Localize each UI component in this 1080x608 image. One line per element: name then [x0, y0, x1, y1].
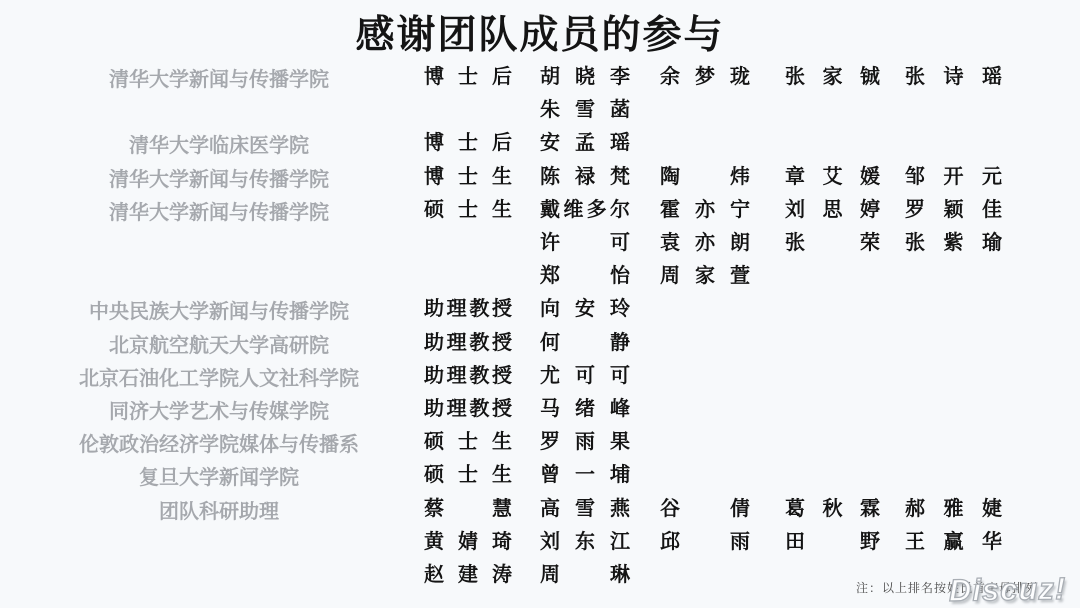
name-cell: 袁亦朗: [660, 233, 785, 254]
table-row: 清华大学新闻与传播学院博士后胡晓李余梦珑张家铖张诗瑶: [0, 61, 1080, 94]
name-cell: 邱雨: [660, 532, 785, 553]
table-row: 朱雪菡: [0, 94, 1080, 127]
name-cell: 安孟瑶: [540, 133, 660, 154]
name-cell: 章艾媛: [785, 167, 905, 188]
table-row: 郑怡周家萱: [0, 260, 1080, 293]
member-role: 博士生: [424, 167, 512, 187]
member-name: 谷倩: [660, 499, 750, 519]
role-cell: 博士后: [424, 67, 540, 88]
institution-cell: 同济大学艺术与传媒学院: [0, 395, 424, 424]
table-row: 同济大学艺术与传媒学院助理教授马绪峰: [0, 393, 1080, 426]
member-name: 王赢华: [905, 532, 1002, 552]
member-name: 高雪燕: [540, 499, 630, 519]
member-name: 何静: [540, 333, 630, 353]
discuz-watermark: Discuz!: [948, 571, 1066, 608]
role-cell: 硕士生: [424, 432, 540, 453]
institution-cell: 清华大学新闻与传播学院: [0, 163, 424, 192]
member-name: 郑怡: [540, 266, 630, 286]
name-cell: 陈禄梵: [540, 167, 660, 188]
member-name: 张家铖: [785, 67, 880, 87]
name-cell: 陶炜: [660, 167, 785, 188]
member-role: 助理教授: [424, 399, 512, 419]
member-name: 马绪峰: [540, 399, 630, 419]
member-name: 罗雨果: [540, 432, 630, 452]
acknowledgement-slide: 感谢团队成员的参与 清华大学新闻与传播学院博士后胡晓李余梦珑张家铖张诗瑶朱雪菡清…: [0, 0, 1080, 608]
member-name: 邹开元: [905, 167, 1002, 187]
institution-cell: 北京航空航天大学高研院: [0, 329, 424, 358]
name-cell: 向安玲: [540, 299, 660, 320]
name-cell: 谷倩: [660, 499, 785, 520]
member-role: 蔡慧: [424, 499, 512, 519]
name-cell: 张紫瑜: [905, 233, 1080, 254]
member-role: 硕士生: [424, 200, 512, 220]
institution-cell: 团队科研助理: [0, 495, 424, 524]
member-name: 安孟瑶: [540, 133, 630, 153]
name-cell: 马绪峰: [540, 399, 660, 420]
name-cell: 王赢华: [905, 532, 1080, 553]
table-row: 北京石油化工学院人文社科学院助理教授尤可可: [0, 360, 1080, 393]
member-name: 葛秋霖: [785, 499, 880, 519]
member-name: 朱雪菡: [540, 100, 630, 120]
name-cell: 张家铖: [785, 67, 905, 88]
name-cell: 高雪燕: [540, 499, 660, 520]
name-cell: 周家萱: [660, 266, 785, 287]
member-role: 硕士生: [424, 432, 512, 452]
member-name: 余梦珑: [660, 67, 750, 87]
table-row: 许可袁亦朗张荣张紫瑜: [0, 227, 1080, 260]
members-table: 清华大学新闻与传播学院博士后胡晓李余梦珑张家铖张诗瑶朱雪菡清华大学临床医学院博士…: [0, 61, 1080, 592]
name-cell: 罗雨果: [540, 432, 660, 453]
institution-cell: 清华大学新闻与传播学院: [0, 63, 424, 92]
role-cell: 博士后: [424, 133, 540, 154]
table-row: 清华大学临床医学院博士后安孟瑶: [0, 127, 1080, 160]
member-name: 霍亦宁: [660, 200, 750, 220]
member-name: 胡晓李: [540, 67, 630, 87]
member-name: 邱雨: [660, 532, 750, 552]
name-cell: 刘思婷: [785, 200, 905, 221]
member-name: 陶炜: [660, 167, 750, 187]
institution-cell: 复旦大学新闻学院: [0, 461, 424, 490]
role-cell: 助理教授: [424, 366, 540, 387]
name-cell: 霍亦宁: [660, 200, 785, 221]
table-row: 复旦大学新闻学院硕士生曾一埔: [0, 459, 1080, 492]
member-name: 田野: [785, 532, 880, 552]
table-row: 清华大学新闻与传播学院硕士生戴维多尔霍亦宁刘思婷罗颖佳: [0, 194, 1080, 227]
member-role: 助理教授: [424, 333, 512, 353]
name-cell: 胡晓李: [540, 67, 660, 88]
member-role: 博士后: [424, 67, 512, 87]
role-cell: 硕士生: [424, 465, 540, 486]
name-cell: 何静: [540, 333, 660, 354]
member-name: 许可: [540, 233, 630, 253]
role-cell: 黄婧琦: [424, 532, 540, 553]
name-cell: 余梦珑: [660, 67, 785, 88]
role-cell: 硕士生: [424, 200, 540, 221]
member-name: 曾一埔: [540, 465, 630, 485]
member-role: 赵建涛: [424, 565, 512, 585]
institution-cell: 伦敦政治经济学院媒体与传播系: [0, 428, 424, 457]
table-row: 团队科研助理蔡慧高雪燕谷倩葛秋霖郝雅婕: [0, 492, 1080, 525]
name-cell: 田野: [785, 532, 905, 553]
name-cell: 邹开元: [905, 167, 1080, 188]
member-role: 助理教授: [424, 366, 512, 386]
table-row: 伦敦政治经济学院媒体与传播系硕士生罗雨果: [0, 426, 1080, 459]
member-name: 张荣: [785, 233, 880, 253]
name-cell: 朱雪菡: [540, 100, 660, 121]
institution-cell: 清华大学临床医学院: [0, 129, 424, 158]
table-row: 黄婧琦刘东江邱雨田野王赢华: [0, 526, 1080, 559]
name-cell: 郝雅婕: [905, 499, 1080, 520]
member-name: 张紫瑜: [905, 233, 1002, 253]
institution-cell: 北京石油化工学院人文社科学院: [0, 362, 424, 391]
member-name: 罗颖佳: [905, 200, 1002, 220]
name-cell: 葛秋霖: [785, 499, 905, 520]
name-cell: 许可: [540, 233, 660, 254]
role-cell: 助理教授: [424, 333, 540, 354]
member-name: 刘东江: [540, 532, 630, 552]
role-cell: 助理教授: [424, 299, 540, 320]
member-name: 张诗瑶: [905, 67, 1002, 87]
member-name: 戴维多尔: [540, 200, 630, 220]
institution-cell: 中央民族大学新闻与传播学院: [0, 295, 424, 324]
member-role: 助理教授: [424, 299, 512, 319]
role-cell: 蔡慧: [424, 499, 540, 520]
name-cell: 张荣: [785, 233, 905, 254]
name-cell: 刘东江: [540, 532, 660, 553]
name-cell: 曾一埔: [540, 465, 660, 486]
name-cell: 张诗瑶: [905, 67, 1080, 88]
member-name: 郝雅婕: [905, 499, 1002, 519]
table-row: 北京航空航天大学高研院助理教授何静: [0, 327, 1080, 360]
table-row: 清华大学新闻与传播学院博士生陈禄梵陶炜章艾媛邹开元: [0, 161, 1080, 194]
member-name: 袁亦朗: [660, 233, 750, 253]
name-cell: 周琳: [540, 565, 660, 586]
member-name: 刘思婷: [785, 200, 880, 220]
member-name: 周家萱: [660, 266, 750, 286]
member-name: 陈禄梵: [540, 167, 630, 187]
member-name: 向安玲: [540, 299, 630, 319]
member-role: 黄婧琦: [424, 532, 512, 552]
name-cell: 戴维多尔: [540, 200, 660, 221]
role-cell: 助理教授: [424, 399, 540, 420]
role-cell: 博士生: [424, 167, 540, 188]
name-cell: 尤可可: [540, 366, 660, 387]
member-name: 周琳: [540, 565, 630, 585]
member-role: 博士后: [424, 133, 512, 153]
table-row: 中央民族大学新闻与传播学院助理教授向安玲: [0, 293, 1080, 326]
name-cell: 罗颖佳: [905, 200, 1080, 221]
role-cell: 赵建涛: [424, 565, 540, 586]
institution-cell: 清华大学新闻与传播学院: [0, 196, 424, 225]
page-title: 感谢团队成员的参与: [0, 4, 1080, 60]
name-cell: 郑怡: [540, 266, 660, 287]
member-name: 尤可可: [540, 366, 630, 386]
member-name: 章艾媛: [785, 167, 880, 187]
member-role: 硕士生: [424, 465, 512, 485]
